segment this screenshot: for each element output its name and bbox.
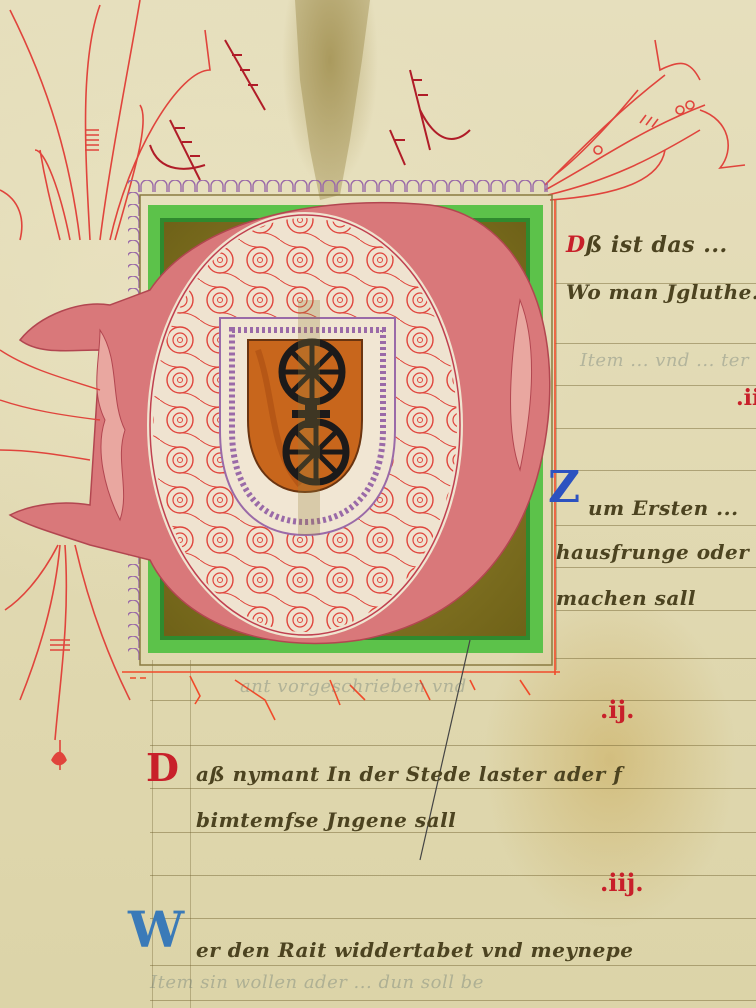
water-stain: [295, 0, 370, 200]
red-initial-d: D: [146, 745, 179, 790]
penwork-flourish-left: [0, 0, 210, 240]
text-line: um Ersten ...: [588, 496, 739, 520]
blue-initial-w: W: [128, 900, 184, 959]
show-through-text: Item sin wollen ader ... dun soll be: [150, 972, 484, 993]
text-line: Wo man Jgluthe...: [566, 280, 756, 304]
rubric-initial: D: [566, 232, 586, 258]
text-line: bimtemfse Jngene sall: [196, 808, 456, 832]
margin-numeral: .iij.: [600, 868, 644, 897]
margin-numeral: .ij.: [600, 695, 635, 724]
text-line: er den Rait widdertabet vnd meynepe: [196, 938, 634, 962]
margin-numeral: .iij.: [736, 385, 756, 411]
text-line: machen sall: [556, 586, 696, 610]
penwork-flourish-right: [545, 40, 745, 200]
text-line: hausfrunge oder: [556, 540, 749, 564]
penwork-flourish-bottom-left: [5, 545, 130, 770]
show-through-text: ant vorgeschrieben vnd: [240, 676, 467, 697]
text-line: Dß ist das ...: [566, 232, 728, 258]
manuscript-page: Dß ist das ... Wo man Jgluthe... Item ..…: [0, 0, 756, 1008]
blue-initial-z: Z: [548, 462, 580, 513]
frame-arcade-top: [128, 180, 548, 192]
show-through-text: Item ... vnd ... ter: [580, 350, 749, 371]
text-line: aß nymant In der Stede laster ader f: [196, 762, 622, 786]
